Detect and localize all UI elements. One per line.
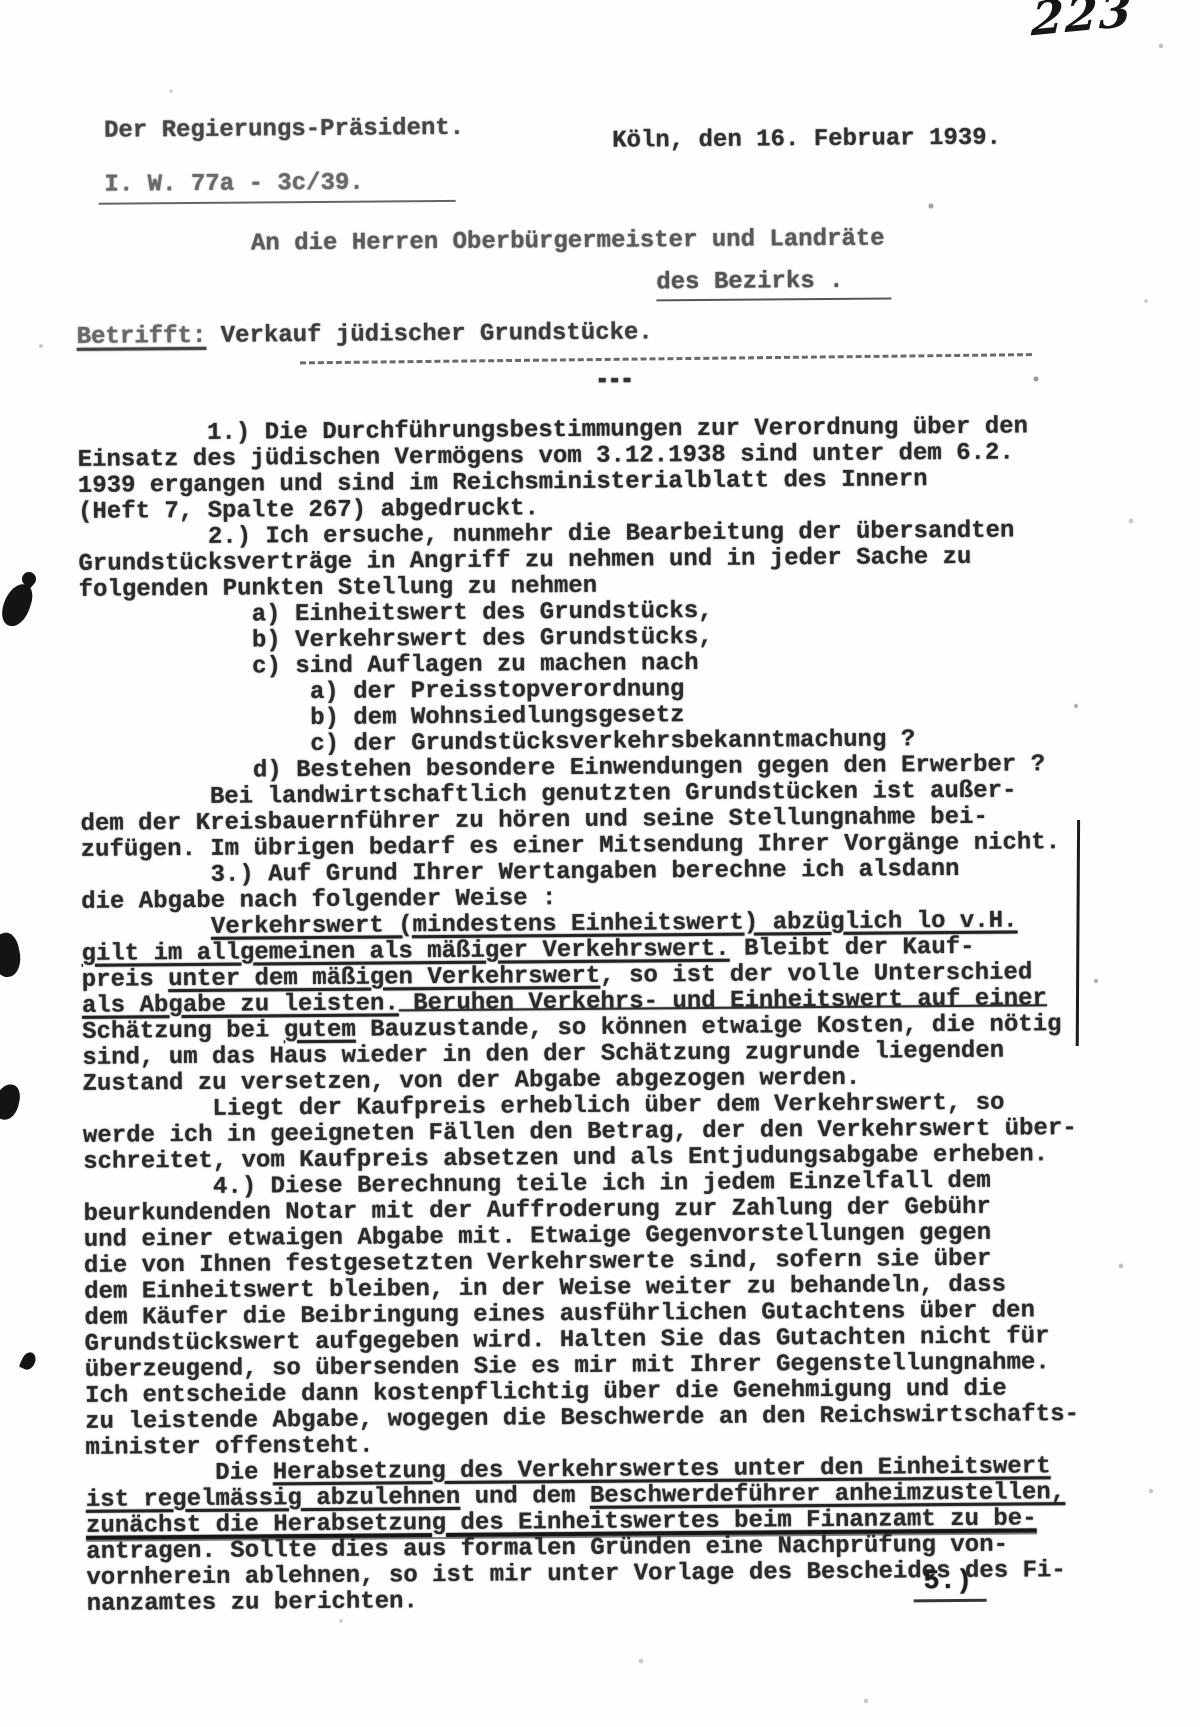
- scanned-document-page: 223 Der Regierungs-Präsident. Köln, den …: [0, 0, 1200, 1727]
- document-body: 1.) Die Durchführungsbestimmungen zur Ve…: [77, 414, 1111, 1618]
- underlined-phrase: gutem: [284, 1017, 356, 1045]
- date-line: Köln, den 16. Februar 1939.: [612, 125, 1001, 155]
- document-content: 223 Der Regierungs-Präsident. Köln, den …: [0, 0, 1200, 1727]
- recipient-district-line: des Bezirks .: [656, 267, 891, 301]
- subject-label: Betrifft:: [77, 323, 207, 351]
- handwritten-page-number: 223: [1030, 0, 1200, 46]
- recipient-line: An die Herren Oberbürgermeister und Land…: [251, 226, 885, 258]
- footer-page-marker: 5.): [913, 1567, 986, 1603]
- reference-number-line: I. W. 77a - 3c/39.: [98, 169, 455, 205]
- underlined-phrase: als Abgabe zu leisten.: [82, 990, 399, 1019]
- sender-line: Der Regierungs-Präsident.: [104, 115, 464, 145]
- divider-dashes: ---: [595, 361, 633, 402]
